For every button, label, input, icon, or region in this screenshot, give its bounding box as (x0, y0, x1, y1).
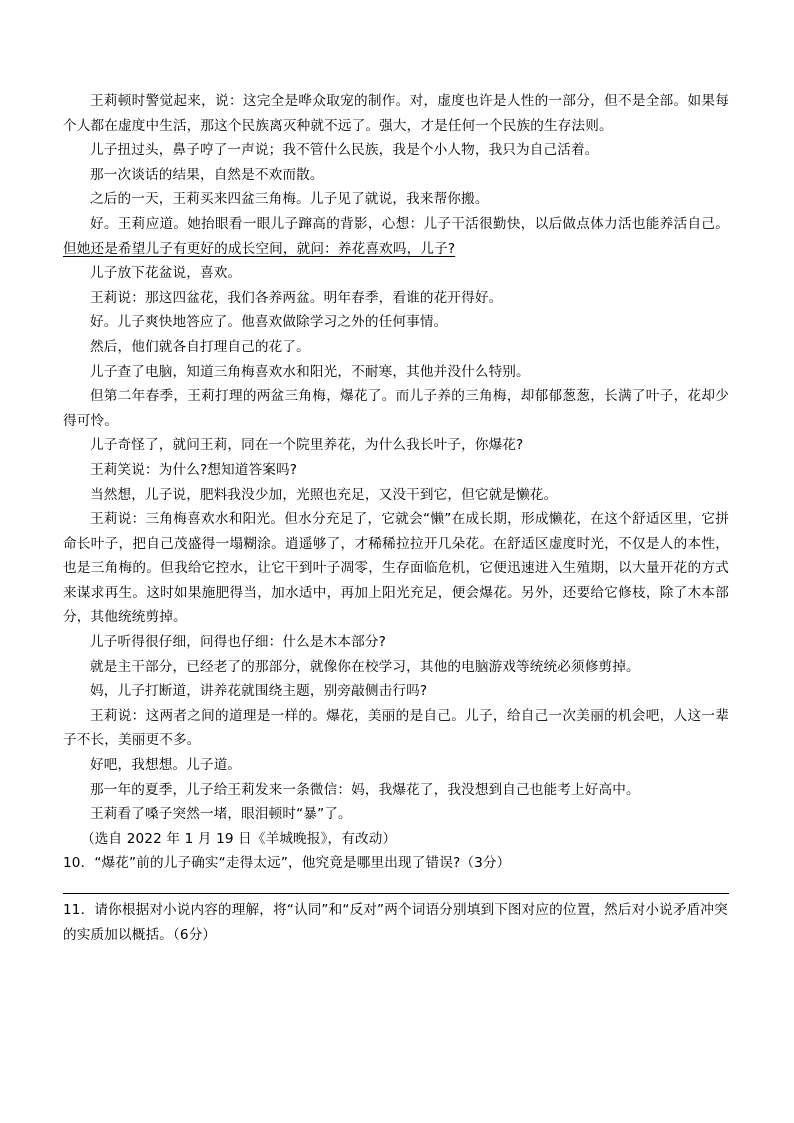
story-paragraph: 就是主干部分，已经老了的那部分，就像你在校学习，其他的电脑游戏等统统必须修剪掉。 (63, 655, 729, 680)
paragraph-text: 王莉笑说：为什么?想知道答案吗? (90, 462, 297, 478)
story-paragraph: 好。儿子爽快地答应了。他喜欢做除学习之外的任何事情。 (63, 310, 729, 335)
question-10: 10．“爆花”前的儿子确实“走得太远”，他究竟是哪里出现了错误?（3分） (63, 851, 729, 876)
story-paragraph: 然后，他们就各自打理自己的花了。 (63, 335, 729, 360)
paragraph-text: 王莉顿时警觉起来，说：这完全是哗众取宠的制作。对，虚度也许是人性的一部分，但不是… (63, 93, 729, 134)
story-paragraph: 妈，儿子打断道，讲养花就围绕主题，别旁敲侧击行吗? (63, 679, 729, 704)
paragraph-text: 好。王莉应道。她抬眼看一眼儿子蹿高的背影，心想：儿子干活很勤快，以后做点体力活也… (90, 216, 729, 232)
story-paragraph: 儿子扭过头，鼻子哼了一声说；我不管什么民族，我是个小人物，我只为自己活着。 (63, 138, 729, 163)
story-paragraph: 那一次谈话的结果，自然是不欢而散。 (63, 163, 729, 188)
story-paragraph: 好吧，我想想。儿子道。 (63, 753, 729, 778)
paragraph-text: 好吧，我想想。儿子道。 (90, 757, 241, 773)
paragraph-text: 王莉说：那这四盆花，我们各养两盆。明年春季，看谁的花开得好。 (90, 290, 502, 306)
question-number: 10． (63, 855, 94, 871)
paragraph-text: 妈，儿子打断道，讲养花就围绕主题，别旁敲侧击行吗? (90, 683, 427, 699)
story-paragraph: 好。王莉应道。她抬眼看一眼儿子蹿高的背影，心想：儿子干活很勤快，以后做点体力活也… (63, 212, 729, 261)
paragraph-text: 儿子奇怪了，就问王莉，同在一个院里养花，为什么我长叶子，你爆花? (90, 437, 523, 453)
paragraph-text: 王莉说：三角梅喜欢水和阳光。但水分充足了，它就会“懒”在成长期，形成懒花，在这个… (63, 511, 729, 625)
story-paragraph: 儿子查了电脑，知道三角梅喜欢水和阳光，不耐寒，其他并没什么特别。 (63, 360, 729, 385)
paragraph-text: 儿子放下花盆说，喜欢。 (90, 265, 241, 281)
answer-line[interactable] (63, 893, 729, 894)
question-text: “爆花”前的儿子确实“走得太远”，他究竟是哪里出现了错误?（3分） (94, 855, 510, 871)
story-paragraph: 王莉说：三角梅喜欢水和阳光。但水分充足了，它就会“懒”在成长期，形成懒花，在这个… (63, 507, 729, 630)
story-paragraph: 儿子放下花盆说，喜欢。 (63, 261, 729, 286)
story-paragraph: 王莉看了嗓子突然一堵，眼泪顿时“暴”了。 (63, 802, 729, 827)
story-paragraph: 但第二年春季，王莉打理的两盆三角梅，爆花了。而儿子养的三角梅，却郁郁葱葱，长满了… (63, 384, 729, 433)
paragraph-text: 之后的一天，王莉买来四盆三角梅。儿子见了就说，我来帮你搬。 (90, 191, 489, 207)
story-paragraph: 当然想，儿子说，肥料我没少加，光照也充足，又没干到它，但它就是懒花。 (63, 483, 729, 508)
story-paragraph: 王莉笑说：为什么?想知道答案吗? (63, 458, 729, 483)
underlined-sentence: 但她还是希望儿子有更好的成长空间，就问：养花喜欢吗，儿子? (63, 241, 455, 257)
story-body: 王莉顿时警觉起来，说：这完全是哗众取宠的制作。对，虚度也许是人性的一部分，但不是… (63, 89, 729, 827)
paragraph-text: 儿子扭过头，鼻子哼了一声说；我不管什么民族，我是个小人物，我只为自己活着。 (90, 142, 599, 158)
question-number: 11． (63, 902, 94, 918)
story-paragraph: 儿子听得很仔细，问得也仔细：什么是木本部分? (63, 630, 729, 655)
paragraph-text: 就是主干部分，已经老了的那部分，就像你在校学习，其他的电脑游戏等统统必须修剪掉。 (90, 659, 640, 675)
question-11: 11．请你根据对小说内容的理解，将“认同”和“反对”两个词语分别填到下图对应的位… (63, 898, 729, 947)
document-page: 王莉顿时警觉起来，说：这完全是哗众取宠的制作。对，虚度也许是人性的一部分，但不是… (63, 89, 729, 947)
story-paragraph: 王莉顿时警觉起来，说：这完全是哗众取宠的制作。对，虚度也许是人性的一部分，但不是… (63, 89, 729, 138)
paragraph-text: 王莉看了嗓子突然一堵，眼泪顿时“暴”了。 (90, 806, 352, 822)
story-paragraph: 王莉说：那这四盆花，我们各养两盆。明年春季，看谁的花开得好。 (63, 286, 729, 311)
paragraph-text: 儿子听得很仔细，问得也仔细：什么是木本部分? (90, 634, 386, 650)
paragraph-text: 儿子查了电脑，知道三角梅喜欢水和阳光，不耐寒，其他并没什么特别。 (90, 364, 530, 380)
paragraph-text: 王莉说：这两者之间的道理是一样的。爆花，美丽的是自己。儿子，给自己一次美丽的机会… (63, 708, 729, 749)
paragraph-text: 当然想，儿子说，肥料我没少加，光照也充足，又没干到它，但它就是懒花。 (90, 487, 557, 503)
paragraph-text: 好。儿子爽快地答应了。他喜欢做除学习之外的任何事情。 (90, 314, 447, 330)
paragraph-text: 那一次谈话的结果，自然是不欢而散。 (90, 167, 324, 183)
question-text: 请你根据对小说内容的理解，将“认同”和“反对”两个词语分别填到下图对应的位置，然… (63, 902, 728, 943)
paragraph-text: 那一年的夏季，儿子给王莉发来一条微信：妈，我爆花了，我没想到自己也能考上好高中。 (90, 782, 640, 798)
story-paragraph: 儿子奇怪了，就问王莉，同在一个院里养花，为什么我长叶子，你爆花? (63, 433, 729, 458)
paragraph-text: 然后，他们就各自打理自己的花了。 (90, 339, 310, 355)
story-paragraph: 之后的一天，王莉买来四盆三角梅。儿子见了就说，我来帮你搬。 (63, 187, 729, 212)
story-paragraph: 王莉说：这两者之间的道理是一样的。爆花，美丽的是自己。儿子，给自己一次美丽的机会… (63, 704, 729, 753)
source-note: （选自 2022 年 1 月 19 日《羊城晚报》，有改动） (63, 827, 729, 852)
paragraph-text: 但第二年春季，王莉打理的两盆三角梅，爆花了。而儿子养的三角梅，却郁郁葱葱，长满了… (63, 388, 729, 429)
story-paragraph: 那一年的夏季，儿子给王莉发来一条微信：妈，我爆花了，我没想到自己也能考上好高中。 (63, 778, 729, 803)
